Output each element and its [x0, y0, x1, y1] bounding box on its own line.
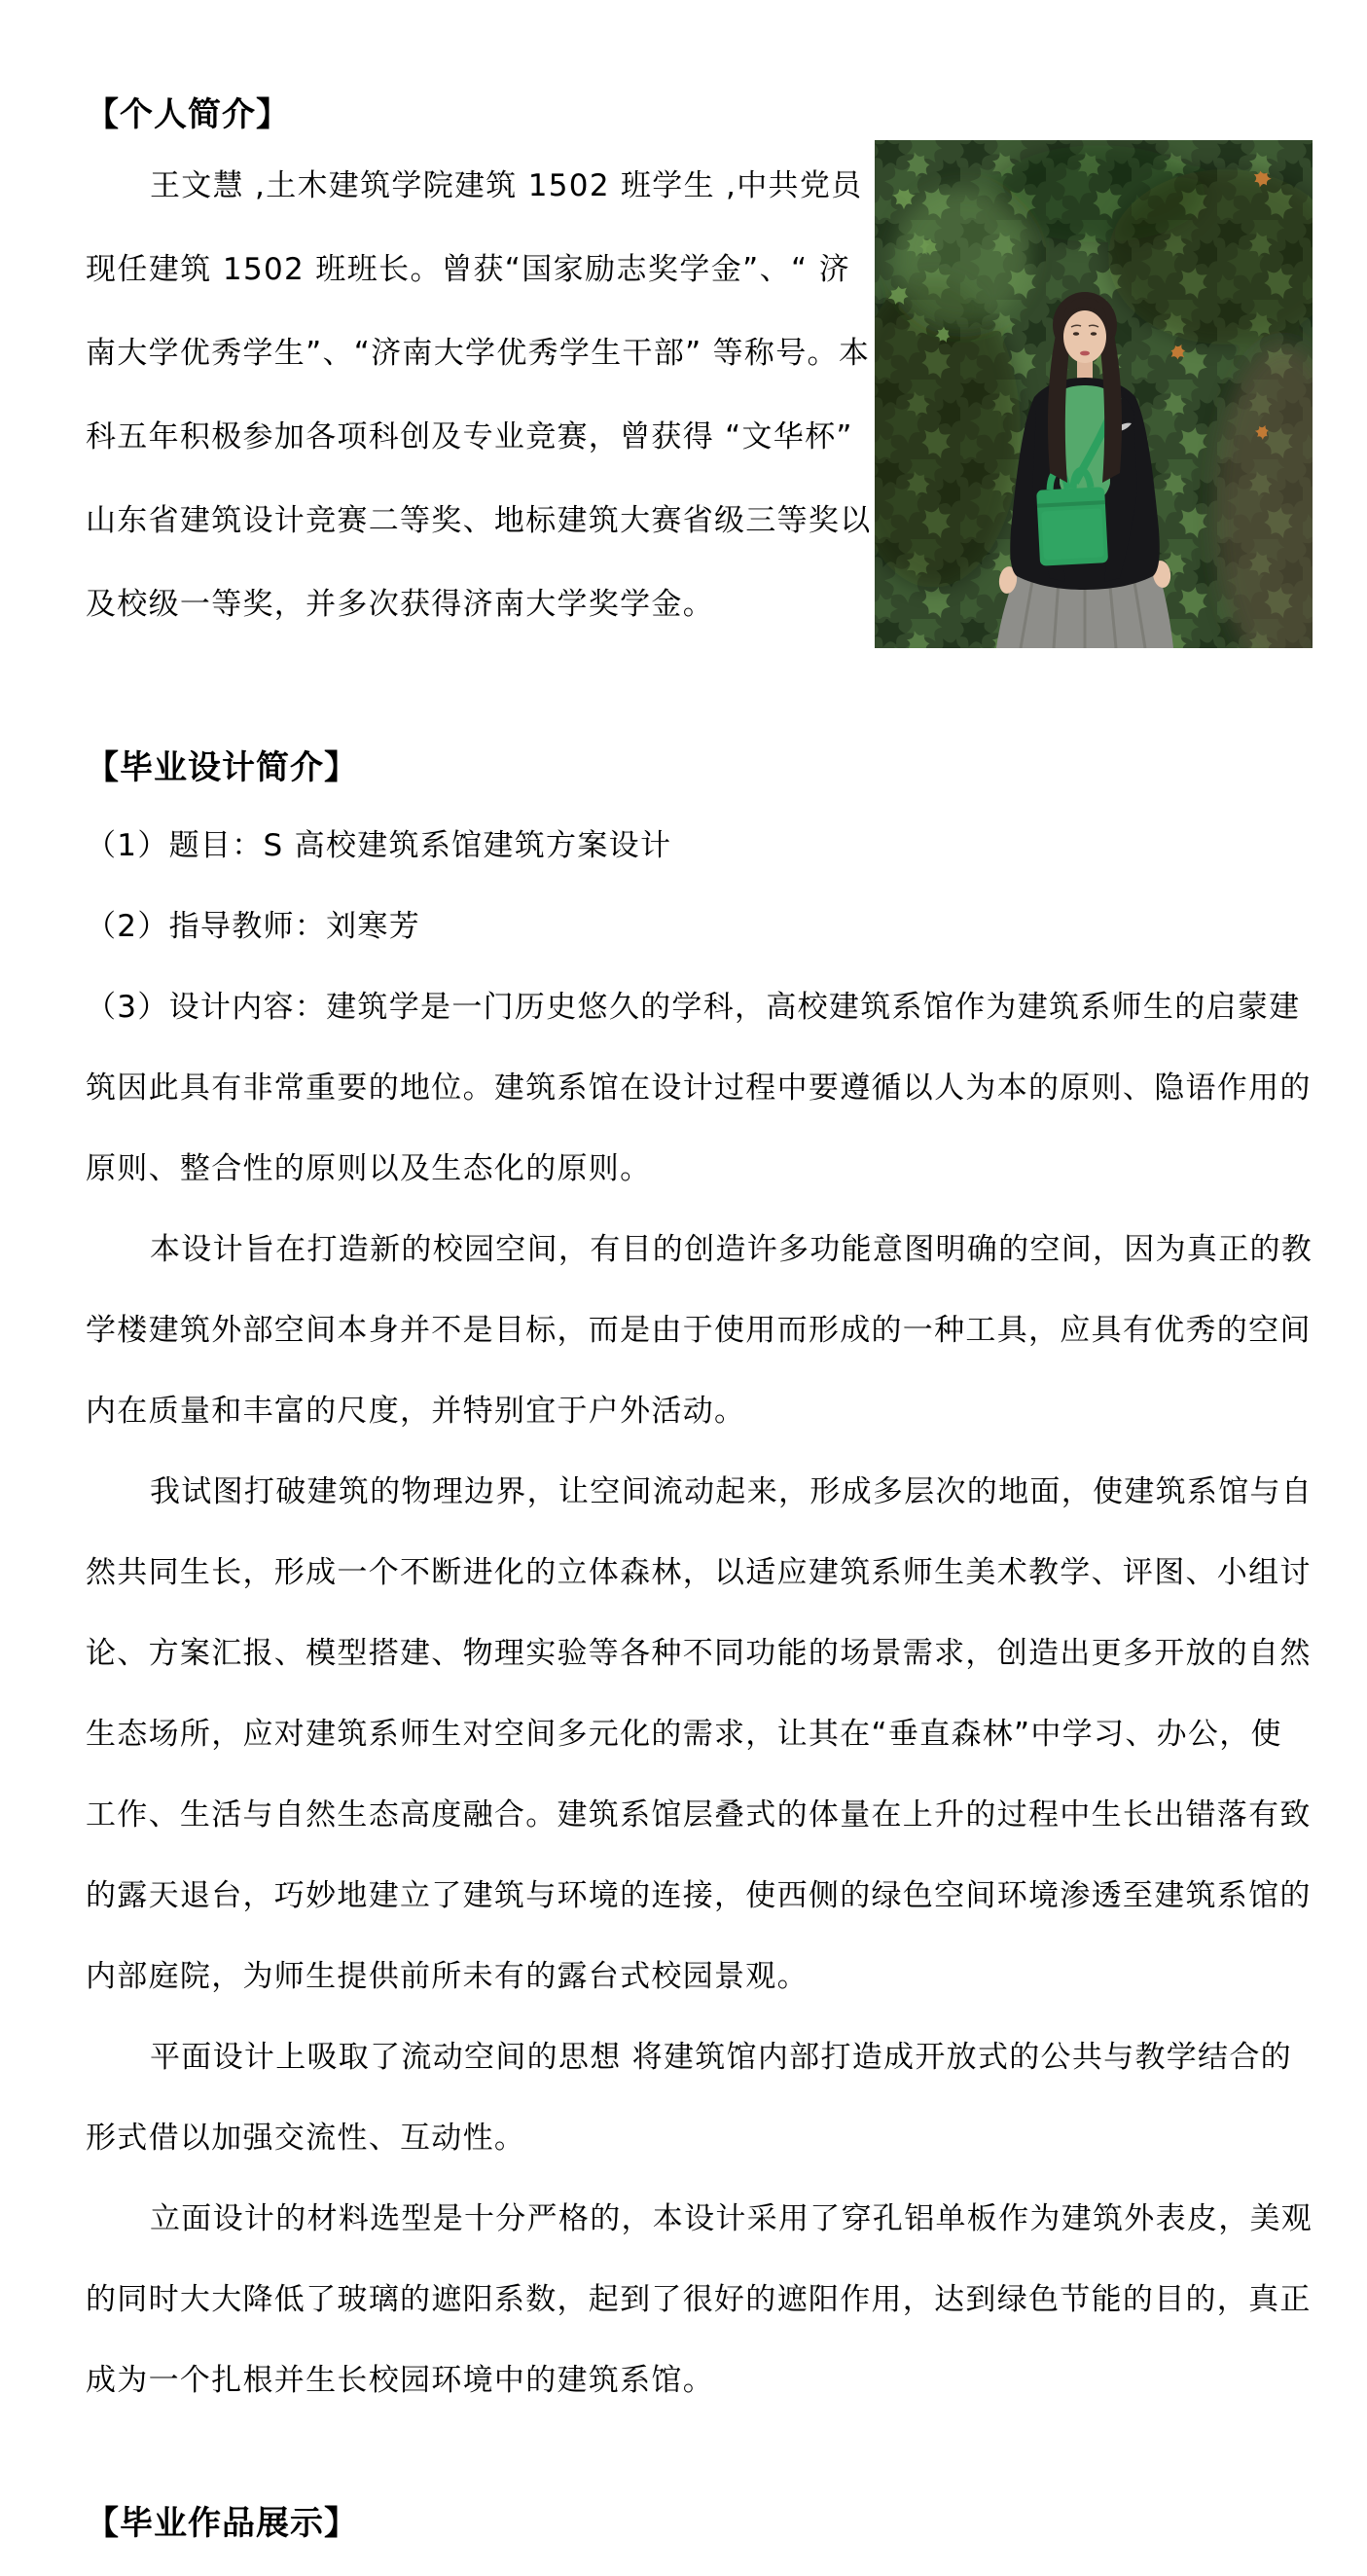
student-portrait-image: [875, 140, 1313, 648]
document-page: 【个人简介】: [0, 0, 1367, 2576]
text-line: 然共同生长，形成一个不断进化的立体森林，以适应建筑系师生美术教学、评图、小组讨: [86, 1533, 1281, 1614]
facade-design-paragraph: 立面设计的材料选型是十分严格的，本设计采用了穿孔铝单板作为建筑外表皮，美观的同时…: [86, 2179, 1281, 2421]
student-portrait-photo: [875, 140, 1313, 648]
text-line: 生态场所，应对建筑系师生对空间多元化的需求，让其在“垂直森林”中学习、办公，使: [86, 1694, 1281, 1775]
text-line: （2）指导教师：刘寒芳: [86, 887, 1281, 967]
section-heading-works: 【毕业作品展示】: [86, 2499, 1281, 2548]
text-line: 论、方案汇报、模型搭建、物理实验等各种不同功能的场景需求，创造出更多开放的自然: [86, 1614, 1281, 1694]
text-line: 山东省建筑设计竞赛二等奖、地标建筑大赛省级三等奖以: [86, 479, 850, 562]
design-concept-paragraph: 我试图打破建筑的物理边界，让空间流动起来，形成多层次的地面，使建筑系馆与自然共同…: [86, 1452, 1281, 2017]
text-line: 成为一个扎根并生长校园环境中的建筑系馆。: [86, 2340, 1281, 2421]
section-heading-personal: 【个人简介】: [86, 91, 1281, 139]
text-line: 原则、整合性的原则以及生态化的原则。: [86, 1129, 1281, 1210]
design-goal-paragraph: 本设计旨在打造新的校园空间，有目的创造许多功能意图明确的空间，因为真正的教学楼建…: [86, 1210, 1281, 1452]
text-line: （1）题目：S 高校建筑系馆建筑方案设计: [86, 806, 1281, 887]
text-line: 的同时大大降低了玻璃的遮阳系数，起到了很好的遮阳作用，达到绿色节能的目的，真正: [86, 2260, 1281, 2340]
text-line: 内部庭院，为师生提供前所未有的露台式校园景观。: [86, 1937, 1281, 2017]
text-line: 本设计旨在打造新的校园空间，有目的创造许多功能意图明确的空间，因为真正的教: [86, 1210, 1281, 1290]
personal-profile-paragraph: 王文慧 ,土木建筑学院建筑 1502 班学生 ,中共党员 ,现任建筑 1502 …: [86, 144, 850, 646]
design-item-advisor: （2）指导教师：刘寒芳: [86, 887, 1281, 967]
plan-design-paragraph: 平面设计上吸取了流动空间的思想 将建筑馆内部打造成开放式的公共与教学结合的形式借…: [86, 2017, 1281, 2179]
text-line: 及校级一等奖，并多次获得济南大学奖学金。: [86, 562, 850, 646]
design-intro-section: （1）题目：S 高校建筑系馆建筑方案设计（2）指导教师：刘寒芳（3）设计内容：建…: [86, 806, 1281, 2421]
text-line: 内在质量和丰富的尺度，并特别宜于户外活动。: [86, 1371, 1281, 1452]
text-line: 我试图打破建筑的物理边界，让空间流动起来，形成多层次的地面，使建筑系馆与自: [86, 1452, 1281, 1533]
text-line: 立面设计的材料选型是十分严格的，本设计采用了穿孔铝单板作为建筑外表皮，美观: [86, 2179, 1281, 2260]
text-line: 平面设计上吸取了流动空间的思想 将建筑馆内部打造成开放式的公共与教学结合的: [86, 2017, 1281, 2098]
text-line: 科五年积极参加各项科创及专业竞赛，曾获得 “文华杯”: [86, 395, 850, 479]
text-line: 南大学优秀学生”、“济南大学优秀学生干部” 等称号。本: [86, 311, 850, 395]
text-line: 学楼建筑外部空间本身并不是目标，而是由于使用而形成的一种工具，应具有优秀的空间: [86, 1290, 1281, 1371]
section-heading-design: 【毕业设计简介】: [86, 744, 1281, 792]
text-line: 王文慧 ,土木建筑学院建筑 1502 班学生 ,中共党员 ,: [86, 144, 850, 228]
text-line: 工作、生活与自然生态高度融合。建筑系馆层叠式的体量在上升的过程中生长出错落有致: [86, 1775, 1281, 1856]
text-line: 的露天退台，巧妙地建立了建筑与环境的连接，使西侧的绿色空间环境渗透至建筑系馆的: [86, 1856, 1281, 1937]
personal-profile-section: 王文慧 ,土木建筑学院建筑 1502 班学生 ,中共党员 ,现任建筑 1502 …: [86, 144, 850, 646]
text-line: 筑因此具有非常重要的地位。建筑系馆在设计过程中要遵循以人为本的原则、隐语作用的: [86, 1048, 1281, 1129]
text-line: 现任建筑 1502 班班长。曾获“国家励志奖学金”、“ 济: [86, 228, 850, 311]
design-item-title: （1）题目：S 高校建筑系馆建筑方案设计: [86, 806, 1281, 887]
text-line: 形式借以加强交流性、互动性。: [86, 2098, 1281, 2179]
text-line: （3）设计内容：建筑学是一门历史悠久的学科，高校建筑系馆作为建筑系师生的启蒙建: [86, 967, 1281, 1048]
design-item-content: （3）设计内容：建筑学是一门历史悠久的学科，高校建筑系馆作为建筑系师生的启蒙建筑…: [86, 967, 1281, 1210]
